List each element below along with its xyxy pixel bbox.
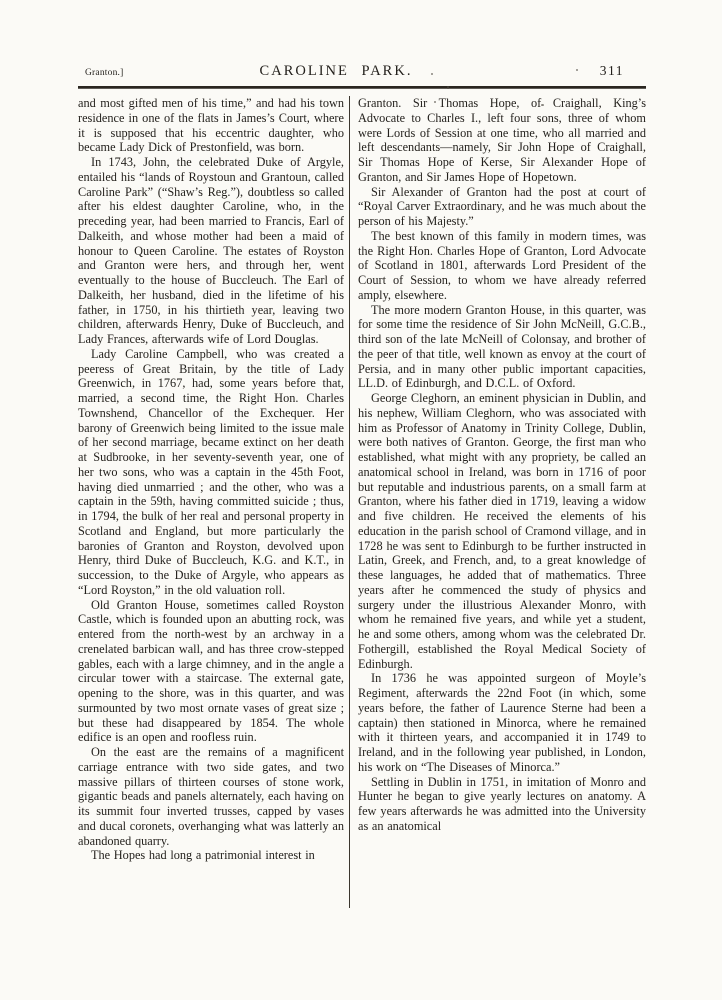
paragraph: Settling in Dublin in 1751, in imitation… xyxy=(358,775,646,834)
scan-speck xyxy=(447,86,449,89)
column-divider-rule xyxy=(349,96,350,908)
page-header: Granton.] CAROLINE PARK. 311 xyxy=(78,0,646,86)
columns-container: and most gifted men of his time,” and ha… xyxy=(78,96,646,908)
paragraph: George Cleghorn, an eminent physician in… xyxy=(358,391,646,671)
paragraph: In 1743, John, the celebrated Duke of Ar… xyxy=(78,155,344,347)
paragraph: Lady Caroline Campbell, who was created … xyxy=(78,347,344,598)
scan-speck xyxy=(434,101,436,103)
paragraph: Old Granton House, sometimes called Roys… xyxy=(78,598,344,746)
running-head: Granton.] xyxy=(85,68,123,78)
paragraph: On the east are the remains of a magnifi… xyxy=(78,745,344,848)
paragraph: The Hopes had long a patrimonial interes… xyxy=(78,848,344,863)
paragraph: The best known of this family in modern … xyxy=(358,229,646,303)
scan-speck xyxy=(541,104,544,106)
page-number: 311 xyxy=(600,63,624,79)
book-page: Granton.] CAROLINE PARK. 311 and most gi… xyxy=(0,0,722,1000)
scan-speck xyxy=(576,69,578,71)
text-column-left: and most gifted men of his time,” and ha… xyxy=(78,96,344,908)
scan-speck xyxy=(431,73,433,75)
text-column-right: Granton. Sir Thomas Hope, of Craighall, … xyxy=(358,96,646,908)
paragraph: Sir Alexander of Granton had the post at… xyxy=(358,185,646,229)
paragraph: In 1736 he was appointed surgeon of Moyl… xyxy=(358,671,646,774)
paragraph: The more modern Granton House, in this q… xyxy=(358,303,646,392)
paragraph: and most gifted men of his time,” and ha… xyxy=(78,96,344,155)
header-rule xyxy=(78,86,646,89)
paragraph: Granton. Sir Thomas Hope, of Craighall, … xyxy=(358,96,646,185)
page-title: CAROLINE PARK. xyxy=(260,63,413,80)
